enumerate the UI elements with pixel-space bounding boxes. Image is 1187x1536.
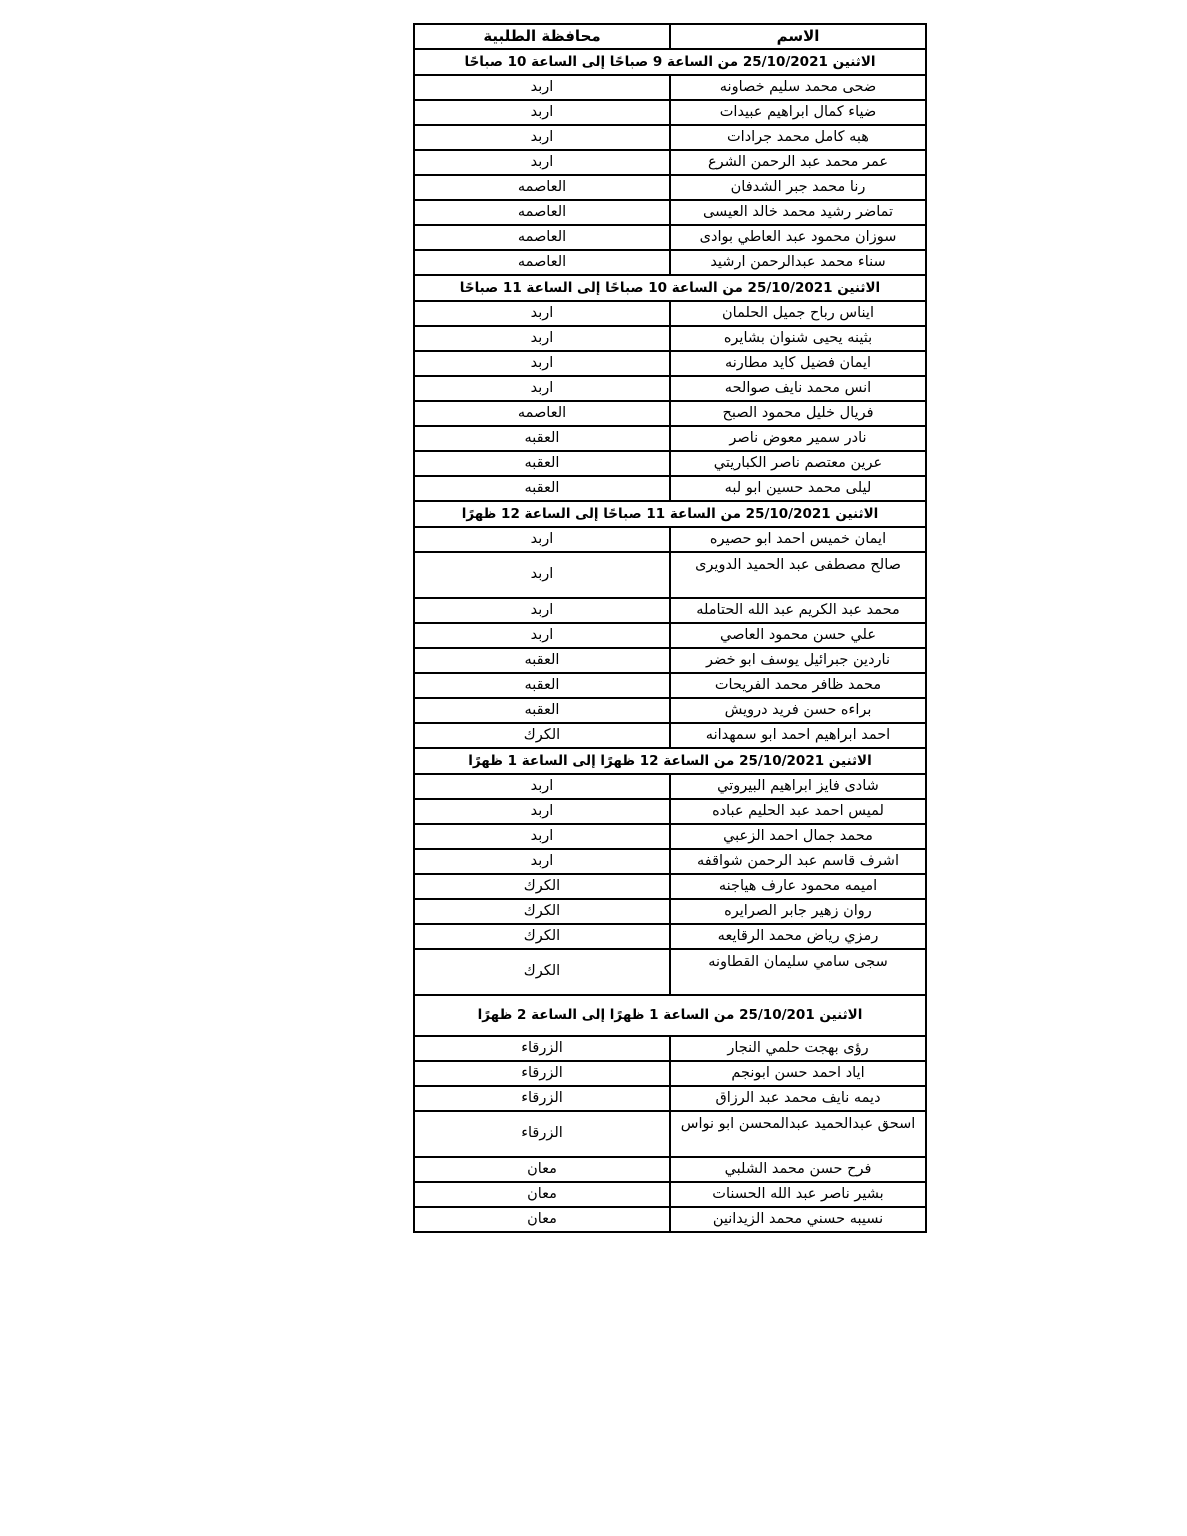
governorate-cell: اربد xyxy=(414,598,670,623)
table-row: محمد ظافر محمد الفريحات العقبه xyxy=(414,673,926,698)
name-cell: سناء محمد عبدالرحمن ارشيد xyxy=(670,250,926,275)
table-row: محمد جمال احمد الزعبي اربد xyxy=(414,824,926,849)
name-cell: صالح مصطفى عبد الحميد الدويرى xyxy=(670,552,926,598)
governorate-cell: معان xyxy=(414,1182,670,1207)
governorate-cell: الكرك xyxy=(414,924,670,949)
name-cell: ايمان خميس احمد ابو حصيره xyxy=(670,527,926,552)
table-row: ضحى محمد سليم خصاونه اربد xyxy=(414,75,926,100)
table-row: ديمه نايف محمد عبد الرزاق الزرقاء xyxy=(414,1086,926,1111)
name-cell: ليلى محمد حسين ابو لبه xyxy=(670,476,926,501)
name-cell: ايمان فضيل كايد مطارنه xyxy=(670,351,926,376)
table-row: بثينه يحيى شنوان بشايره اربد xyxy=(414,326,926,351)
section-title: الاثنين 25/10/201 من الساعة 1 ظهرًا إلى … xyxy=(414,995,926,1036)
name-cell: ديمه نايف محمد عبد الرزاق xyxy=(670,1086,926,1111)
name-cell: بشير ناصر عبد الله الحسنات xyxy=(670,1182,926,1207)
governorate-cell: العقبه xyxy=(414,648,670,673)
name-cell: عرين معتصم ناصر الكباريتي xyxy=(670,451,926,476)
column-header-name: الاسم xyxy=(670,24,926,49)
governorate-cell: اربد xyxy=(414,125,670,150)
governorate-cell: معان xyxy=(414,1157,670,1182)
name-cell: محمد جمال احمد الزعبي xyxy=(670,824,926,849)
governorate-cell: العاصمه xyxy=(414,175,670,200)
name-cell: رنا محمد جبر الشدفان xyxy=(670,175,926,200)
name-cell: انس محمد نايف صوالحه xyxy=(670,376,926,401)
name-cell: محمد ظافر محمد الفريحات xyxy=(670,673,926,698)
table-row: نسيبه حسني محمد الزيدانين معان xyxy=(414,1207,926,1232)
name-cell: رمزي رياض محمد الرقايعه xyxy=(670,924,926,949)
governorate-cell: الزرقاء xyxy=(414,1111,670,1157)
table-row: شادى فايز ابراهيم البيروتي اربد xyxy=(414,774,926,799)
table-row: تماضر رشيد محمد خالد العيسى العاصمه xyxy=(414,200,926,225)
governorate-cell: العقبه xyxy=(414,426,670,451)
table-row: عرين معتصم ناصر الكباريتي العقبه xyxy=(414,451,926,476)
governorate-cell: اربد xyxy=(414,100,670,125)
governorate-cell: اربد xyxy=(414,799,670,824)
name-cell: اشرف قاسم عبد الرحمن شواقفه xyxy=(670,849,926,874)
governorate-cell: الزرقاء xyxy=(414,1036,670,1061)
governorate-cell: الزرقاء xyxy=(414,1086,670,1111)
document-page: الاسم محافظة الطلبية الاثنين 25/10/2021 … xyxy=(0,0,1187,1536)
name-cell: نادر سمير معوض ناصر xyxy=(670,426,926,451)
governorate-cell: الكرك xyxy=(414,874,670,899)
governorate-cell: الكرك xyxy=(414,723,670,748)
name-cell: اسحق عبدالحميد عبدالمحسن ابو نواس xyxy=(670,1111,926,1157)
table-row: ايمان فضيل كايد مطارنه اربد xyxy=(414,351,926,376)
name-cell: علي حسن محمود العاصي xyxy=(670,623,926,648)
column-header-governorate: محافظة الطلبية xyxy=(414,24,670,49)
name-cell: اياد احمد حسن ابونجم xyxy=(670,1061,926,1086)
governorate-cell: الكرك xyxy=(414,949,670,995)
governorate-cell: العقبه xyxy=(414,698,670,723)
schedule-table: الاسم محافظة الطلبية الاثنين 25/10/2021 … xyxy=(413,23,927,1233)
table-row: اشرف قاسم عبد الرحمن شواقفه اربد xyxy=(414,849,926,874)
governorate-cell: العقبه xyxy=(414,451,670,476)
table-row: علي حسن محمود العاصي اربد xyxy=(414,623,926,648)
name-cell: نسيبه حسني محمد الزيدانين xyxy=(670,1207,926,1232)
table-row: براءه حسن فريد درويش العقبه xyxy=(414,698,926,723)
table-row: ايناس رباح جميل الحلمان اربد xyxy=(414,301,926,326)
governorate-cell: اربد xyxy=(414,527,670,552)
table-row: نادر سمير معوض ناصر العقبه xyxy=(414,426,926,451)
table-row: اسحق عبدالحميد عبدالمحسن ابو نواس الزرقا… xyxy=(414,1111,926,1157)
table-row: انس محمد نايف صوالحه اربد xyxy=(414,376,926,401)
governorate-cell: العقبه xyxy=(414,476,670,501)
governorate-cell: اربد xyxy=(414,351,670,376)
section-title: الاثنين 25/10/2021 من الساعة 12 ظهرًا إل… xyxy=(414,748,926,774)
table-row: فريال خليل محمود الصبح العاصمه xyxy=(414,401,926,426)
governorate-cell: اربد xyxy=(414,326,670,351)
governorate-cell: الزرقاء xyxy=(414,1061,670,1086)
table-row: ليلى محمد حسين ابو لبه العقبه xyxy=(414,476,926,501)
governorate-cell: العاصمه xyxy=(414,200,670,225)
table-row: محمد عبد الكريم عبد الله الحتامله اربد xyxy=(414,598,926,623)
section-title: الاثنين 25/10/2021 من الساعة 9 صباحًا إل… xyxy=(414,49,926,75)
name-cell: ايناس رباح جميل الحلمان xyxy=(670,301,926,326)
name-cell: اميمه محمود عارف هياجنه xyxy=(670,874,926,899)
table-row: ناردين جبرائيل يوسف ابو خضر العقبه xyxy=(414,648,926,673)
table-row: احمد ابراهيم احمد ابو سمهدانه الكرك xyxy=(414,723,926,748)
name-cell: محمد عبد الكريم عبد الله الحتامله xyxy=(670,598,926,623)
table-row: بشير ناصر عبد الله الحسنات معان xyxy=(414,1182,926,1207)
name-cell: بثينه يحيى شنوان بشايره xyxy=(670,326,926,351)
name-cell: سوزان محمود عبد العاطي بوادى xyxy=(670,225,926,250)
name-cell: تماضر رشيد محمد خالد العيسى xyxy=(670,200,926,225)
table-row: لميس احمد عبد الحليم عباده اربد xyxy=(414,799,926,824)
governorate-cell: معان xyxy=(414,1207,670,1232)
table-row: صالح مصطفى عبد الحميد الدويرى اربد xyxy=(414,552,926,598)
section-header-row: الاثنين 25/10/201 من الساعة 1 ظهرًا إلى … xyxy=(414,995,926,1036)
section-header-row: الاثنين 25/10/2021 من الساعة 11 صباحًا إ… xyxy=(414,501,926,527)
governorate-cell: العاصمه xyxy=(414,225,670,250)
name-cell: براءه حسن فريد درويش xyxy=(670,698,926,723)
governorate-cell: اربد xyxy=(414,552,670,598)
name-cell: عمر محمد عبد الرحمن الشرع xyxy=(670,150,926,175)
section-header-row: الاثنين 25/10/2021 من الساعة 9 صباحًا إل… xyxy=(414,49,926,75)
table-row: عمر محمد عبد الرحمن الشرع اربد xyxy=(414,150,926,175)
name-cell: رؤى بهجت حلمي النجار xyxy=(670,1036,926,1061)
table-row: رمزي رياض محمد الرقايعه الكرك xyxy=(414,924,926,949)
table-row: سجى سامي سليمان القطاونه الكرك xyxy=(414,949,926,995)
governorate-cell: اربد xyxy=(414,75,670,100)
governorate-cell: اربد xyxy=(414,774,670,799)
column-header-row: الاسم محافظة الطلبية xyxy=(414,24,926,49)
name-cell: فريال خليل محمود الصبح xyxy=(670,401,926,426)
name-cell: شادى فايز ابراهيم البيروتي xyxy=(670,774,926,799)
governorate-cell: الكرك xyxy=(414,899,670,924)
governorate-cell: العاصمه xyxy=(414,401,670,426)
table-row: ايمان خميس احمد ابو حصيره اربد xyxy=(414,527,926,552)
section-header-row: الاثنين 25/10/2021 من الساعة 10 صباحًا إ… xyxy=(414,275,926,301)
name-cell: فرح حسن محمد الشلبي xyxy=(670,1157,926,1182)
governorate-cell: اربد xyxy=(414,824,670,849)
table-row: فرح حسن محمد الشلبي معان xyxy=(414,1157,926,1182)
table-body: الاثنين 25/10/2021 من الساعة 9 صباحًا إل… xyxy=(414,49,926,1232)
name-cell: سجى سامي سليمان القطاونه xyxy=(670,949,926,995)
name-cell: هبه كامل محمد جرادات xyxy=(670,125,926,150)
governorate-cell: اربد xyxy=(414,376,670,401)
table-row: ضياء كمال ابراهيم عبيدات اربد xyxy=(414,100,926,125)
name-cell: ضياء كمال ابراهيم عبيدات xyxy=(670,100,926,125)
table-row: رنا محمد جبر الشدفان العاصمه xyxy=(414,175,926,200)
name-cell: روان زهير جابر الصرايره xyxy=(670,899,926,924)
table-row: هبه كامل محمد جرادات اربد xyxy=(414,125,926,150)
table-row: سناء محمد عبدالرحمن ارشيد العاصمه xyxy=(414,250,926,275)
section-title: الاثنين 25/10/2021 من الساعة 10 صباحًا إ… xyxy=(414,275,926,301)
table-row: سوزان محمود عبد العاطي بوادى العاصمه xyxy=(414,225,926,250)
name-cell: احمد ابراهيم احمد ابو سمهدانه xyxy=(670,723,926,748)
table-row: اميمه محمود عارف هياجنه الكرك xyxy=(414,874,926,899)
section-title: الاثنين 25/10/2021 من الساعة 11 صباحًا إ… xyxy=(414,501,926,527)
name-cell: ناردين جبرائيل يوسف ابو خضر xyxy=(670,648,926,673)
governorate-cell: اربد xyxy=(414,849,670,874)
table-row: رؤى بهجت حلمي النجار الزرقاء xyxy=(414,1036,926,1061)
name-cell: ضحى محمد سليم خصاونه xyxy=(670,75,926,100)
section-header-row: الاثنين 25/10/2021 من الساعة 12 ظهرًا إل… xyxy=(414,748,926,774)
governorate-cell: العاصمه xyxy=(414,250,670,275)
governorate-cell: العقبه xyxy=(414,673,670,698)
governorate-cell: اربد xyxy=(414,623,670,648)
governorate-cell: اربد xyxy=(414,150,670,175)
governorate-cell: اربد xyxy=(414,301,670,326)
table-row: روان زهير جابر الصرايره الكرك xyxy=(414,899,926,924)
name-cell: لميس احمد عبد الحليم عباده xyxy=(670,799,926,824)
table-row: اياد احمد حسن ابونجم الزرقاء xyxy=(414,1061,926,1086)
